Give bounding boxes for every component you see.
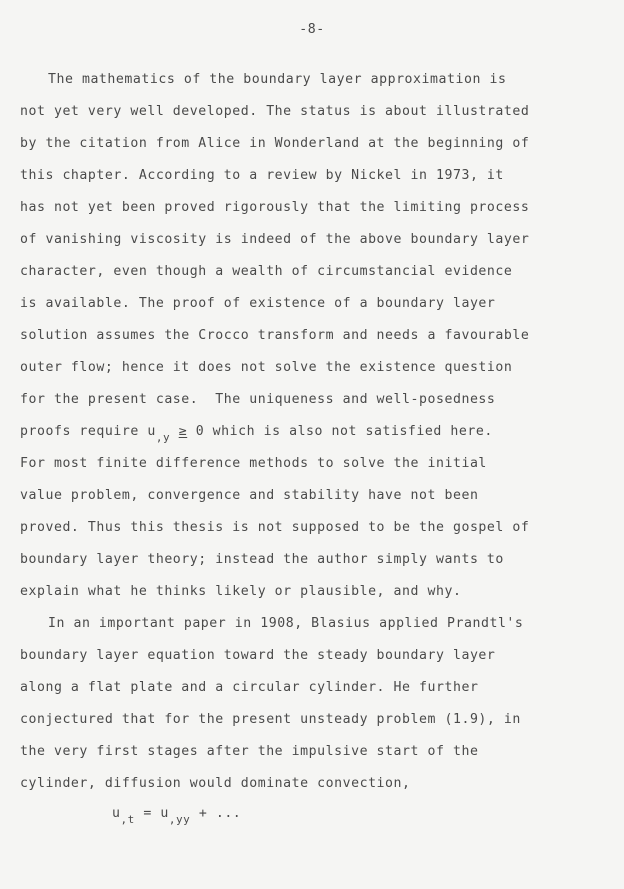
document-page: -8- The mathematics of the boundary laye…: [0, 0, 624, 889]
text-line: boundary layer equation toward the stead…: [20, 648, 495, 664]
text-line: In an important paper in 1908, Blasius a…: [48, 616, 523, 632]
text-line: along a flat plate and a circular cylind…: [20, 680, 478, 696]
text-line: boundary layer theory; instead the autho…: [20, 552, 504, 568]
text-line: explain what he thinks likely or plausib…: [20, 584, 461, 600]
text-line: conjectured that for the present unstead…: [20, 712, 521, 728]
text-line: value problem, convergence and stability…: [20, 488, 478, 504]
equation-lhs-var: u: [112, 806, 121, 821]
equation-rhs-var: u: [160, 806, 169, 821]
text-line: for the present case. The uniqueness and…: [20, 392, 495, 408]
equation-lhs-sub: ,t: [121, 813, 135, 826]
page-number: -8-: [0, 22, 624, 37]
text-line: cylinder, diffusion would dominate conve…: [20, 776, 411, 792]
math-line-after: 0 which is also not satisfied here.: [187, 424, 493, 439]
equation-equals: =: [135, 806, 160, 821]
text-line: not yet very well developed. The status …: [20, 104, 529, 120]
text-line: outer flow; hence it does not solve the …: [20, 360, 512, 376]
math-relation: ≥: [179, 424, 188, 439]
text-line: this chapter. According to a review by N…: [20, 168, 504, 184]
text-line: the very first stages after the impulsiv…: [20, 744, 478, 760]
text-line: is available. The proof of existence of …: [20, 296, 495, 312]
text-line: The mathematics of the boundary layer ap…: [48, 72, 506, 88]
text-line: proved. Thus this thesis is not supposed…: [20, 520, 529, 536]
equation: u,t = u,yy + ...: [112, 806, 241, 822]
equation-tail: + ...: [190, 806, 241, 821]
math-line-before: proofs require u: [20, 424, 156, 439]
text-line: by the citation from Alice in Wonderland…: [20, 136, 529, 152]
text-line: of vanishing viscosity is indeed of the …: [20, 232, 529, 248]
text-line: has not yet been proved rigorously that …: [20, 200, 529, 216]
math-subscript: ,y: [156, 431, 170, 444]
math-text-line: proofs require u,y ≥ 0 which is also not…: [20, 424, 493, 440]
equation-rhs-sub: ,yy: [169, 813, 191, 826]
text-line: For most finite difference methods to so…: [20, 456, 487, 472]
text-line: character, even though a wealth of circu…: [20, 264, 512, 280]
text-line: solution assumes the Crocco transform an…: [20, 328, 529, 344]
